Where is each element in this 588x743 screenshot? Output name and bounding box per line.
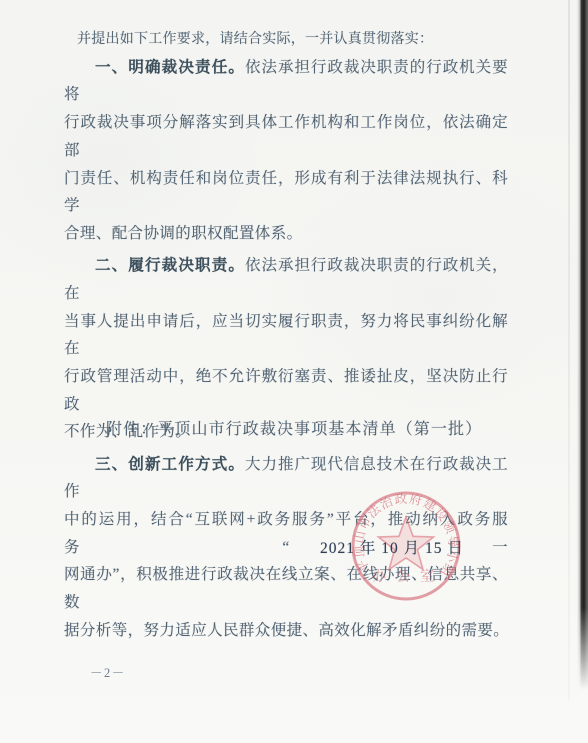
text-line: 当事人提出申请后，应当切实履行职责，努力将民事纠纷化解在 — [64, 308, 508, 363]
scan-edge-line — [577, 0, 588, 690]
text-line: 合理、配合协调的职权配置体系。 — [64, 220, 508, 248]
text-line: 并提出如下工作要求，请结合实际，一并认真贯彻落实： — [77, 26, 508, 54]
scanned-document-page: 并提出如下工作要求，请结合实际，一并认真贯彻落实：一、明确裁决责任。依法承担行政… — [0, 0, 588, 743]
text-line: 行政管理活动中，绝不允许敷衍塞责、推诿扯皮，坚决防止行政 — [64, 363, 508, 418]
bold-heading: 一、明确裁决责任。 — [95, 59, 245, 76]
text-line: 门责任、机构责任和岗位责任，形成有利于法律法规执行、科学 — [64, 165, 508, 220]
scan-streak-line — [568, 0, 570, 700]
text-line: 二、履行裁决职责。依法承担行政裁决职责的行政机关，在 — [64, 252, 508, 307]
text-line: 行政裁决事项分解落实到具体工作机构和工作岗位，依法确定部 — [64, 109, 508, 164]
text-line: 一、明确裁决责任。依法承担行政裁决职责的行政机关要将 — [64, 54, 508, 109]
bold-heading: 二、履行裁决职责。 — [95, 257, 245, 274]
text-line: 据分析等，努力适应人民群众便捷、高效化解矛盾纠纷的需要。 — [64, 617, 508, 645]
page-number: －2－ — [90, 663, 126, 681]
bold-heading: 三、创新工作方式。 — [95, 456, 245, 473]
attachment-line: 附件：平顶山市行政裁决事项基本清单（第一批） — [64, 416, 566, 444]
date-text: 2021 年 10 月 15 日 — [320, 536, 464, 558]
seal-bottom-text: 办公室 — [372, 568, 444, 585]
